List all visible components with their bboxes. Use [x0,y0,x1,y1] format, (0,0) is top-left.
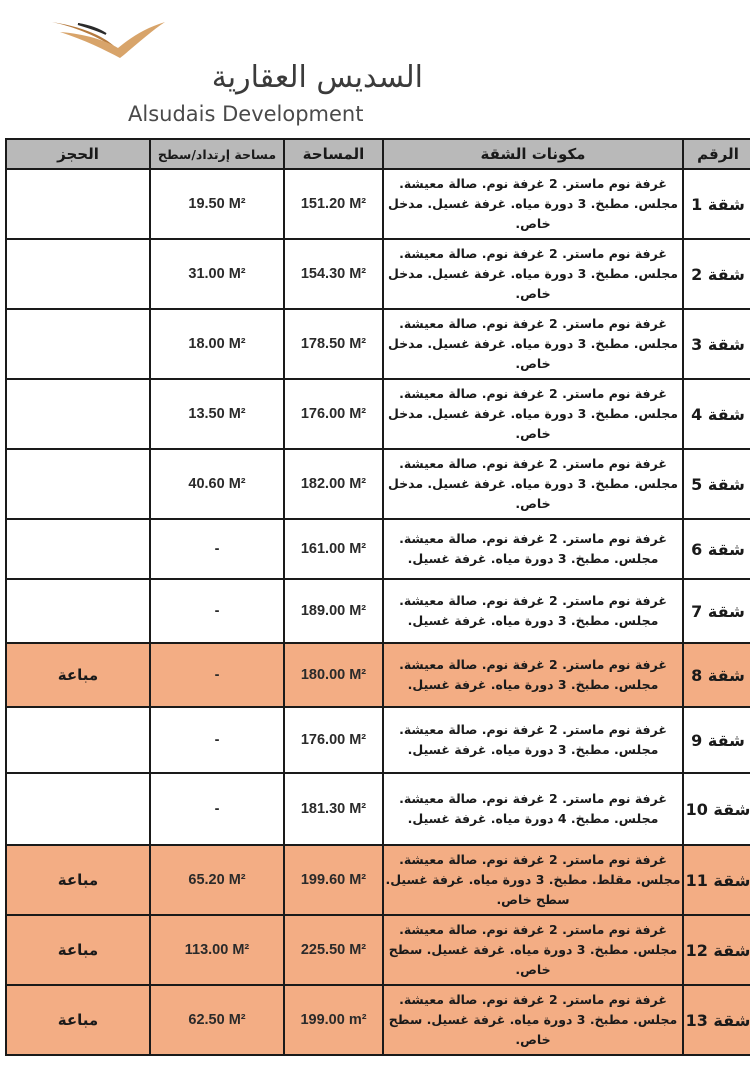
reservation-status: مباعة [6,845,150,915]
reservation-status [6,519,150,579]
reservation-status: مباعة [6,915,150,985]
table-row: شقة 2غرفة نوم ماستر. 2 غرفة نوم. صالة مع… [6,239,750,309]
table-row: شقة 1غرفة نوم ماستر. 2 غرفة نوم. صالة مع… [6,169,750,239]
apartment-area: 182.00 M² [284,449,383,519]
table-row: شقة 4غرفة نوم ماستر. 2 غرفة نوم. صالة مع… [6,379,750,449]
apartment-extension-area: 113.00 M² [150,915,284,985]
reservation-status [6,773,150,845]
apartment-extension-area: 65.20 M² [150,845,284,915]
column-header-number: الرقم [683,139,750,169]
reservation-status: مباعة [6,985,150,1055]
table-row: شقة 8غرفة نوم ماستر. 2 غرفة نوم. صالة مع… [6,643,750,707]
apartment-number: شقة 10 [683,773,750,845]
table-row: شقة 7غرفة نوم ماستر. 2 غرفة نوم. صالة مع… [6,579,750,643]
reservation-status [6,169,150,239]
reservation-status [6,449,150,519]
apartment-extension-area: - [150,643,284,707]
apartment-number: شقة 11 [683,845,750,915]
apartment-number: شقة 2 [683,239,750,309]
apartment-components: غرفة نوم ماستر. 2 غرفة نوم. صالة معيشة. … [383,985,683,1055]
apartment-area: 154.30 M² [284,239,383,309]
apartment-extension-area: 40.60 M² [150,449,284,519]
apartment-number: شقة 1 [683,169,750,239]
apartment-number: شقة 5 [683,449,750,519]
apartment-extension-area: - [150,773,284,845]
apartment-components: غرفة نوم ماستر. 2 غرفة نوم. صالة معيشة. … [383,845,683,915]
column-header-extension-area: مساحة إرتداد/سطح [150,139,284,169]
apartment-components: غرفة نوم ماستر. 2 غرفة نوم. صالة معيشة. … [383,643,683,707]
apartment-components: غرفة نوم ماستر. 2 غرفة نوم. صالة معيشة. … [383,915,683,985]
reservation-status [6,309,150,379]
table-row: شقة 9غرفة نوم ماستر. 2 غرفة نوم. صالة مع… [6,707,750,773]
table-row: شقة 3غرفة نوم ماستر. 2 غرفة نوم. صالة مع… [6,309,750,379]
apartment-number: شقة 13 [683,985,750,1055]
column-header-area: المساحة [284,139,383,169]
apartment-extension-area: 19.50 M² [150,169,284,239]
company-logo: السديس العقارية Alsudais Development [50,18,380,118]
apartment-extension-area: 13.50 M² [150,379,284,449]
logo-arabic-text: السديس العقارية [128,60,423,95]
apartment-components: غرفة نوم ماستر. 2 غرفة نوم. صالة معيشة. … [383,579,683,643]
apartment-extension-area: - [150,707,284,773]
apartment-number: شقة 3 [683,309,750,379]
apartment-area: 176.00 M² [284,379,383,449]
apartment-area: 161.00 M² [284,519,383,579]
apartment-components: غرفة نوم ماستر. 2 غرفة نوم. صالة معيشة. … [383,707,683,773]
apartment-number: شقة 4 [683,379,750,449]
apartment-area: 225.50 M² [284,915,383,985]
column-header-reservation: الحجز [6,139,150,169]
apartment-area: 199.00 m² [284,985,383,1055]
reservation-status: مباعة [6,643,150,707]
apartment-number: شقة 6 [683,519,750,579]
apartment-extension-area: 18.00 M² [150,309,284,379]
apartment-components: غرفة نوم ماستر. 2 غرفة نوم. صالة معيشة. … [383,239,683,309]
reservation-status [6,707,150,773]
apartment-components: غرفة نوم ماستر. 2 غرفة نوم. صالة معيشة. … [383,773,683,845]
apartments-table: الرقم مكونات الشقة المساحة مساحة إرتداد/… [5,138,750,1056]
apartment-number: شقة 12 [683,915,750,985]
table-row: شقة 6غرفة نوم ماستر. 2 غرفة نوم. صالة مع… [6,519,750,579]
apartment-components: غرفة نوم ماستر. 2 غرفة نوم. صالة معيشة. … [383,519,683,579]
apartment-number: شقة 8 [683,643,750,707]
reservation-status [6,239,150,309]
apartment-number: شقة 9 [683,707,750,773]
apartment-extension-area: - [150,579,284,643]
column-header-components: مكونات الشقة [383,139,683,169]
apartment-area: 199.60 M² [284,845,383,915]
apartment-components: غرفة نوم ماستر. 2 غرفة نوم. صالة معيشة. … [383,169,683,239]
apartment-area: 181.30 M² [284,773,383,845]
reservation-status [6,579,150,643]
apartment-components: غرفة نوم ماستر. 2 غرفة نوم. صالة معيشة. … [383,379,683,449]
logo-english-text: Alsudais Development [128,102,363,126]
table-row: شقة 5غرفة نوم ماستر. 2 غرفة نوم. صالة مع… [6,449,750,519]
table-header-row: الرقم مكونات الشقة المساحة مساحة إرتداد/… [6,139,750,169]
apartment-extension-area: 62.50 M² [150,985,284,1055]
apartment-area: 176.00 M² [284,707,383,773]
table-row: شقة 10غرفة نوم ماستر. 2 غرفة نوم. صالة م… [6,773,750,845]
reservation-status [6,379,150,449]
table-row: شقة 12غرفة نوم ماستر. 2 غرفة نوم. صالة م… [6,915,750,985]
apartment-number: شقة 7 [683,579,750,643]
apartment-components: غرفة نوم ماستر. 2 غرفة نوم. صالة معيشة. … [383,309,683,379]
apartment-area: 189.00 M² [284,579,383,643]
apartment-area: 178.50 M² [284,309,383,379]
apartment-components: غرفة نوم ماستر. 2 غرفة نوم. صالة معيشة. … [383,449,683,519]
apartment-area: 180.00 M² [284,643,383,707]
apartment-extension-area: - [150,519,284,579]
table-row: شقة 11غرفة نوم ماستر. 2 غرفة نوم. صالة م… [6,845,750,915]
table-row: شقة 13غرفة نوم ماستر. 2 غرفة نوم. صالة م… [6,985,750,1055]
apartment-extension-area: 31.00 M² [150,239,284,309]
apartment-area: 151.20 M² [284,169,383,239]
